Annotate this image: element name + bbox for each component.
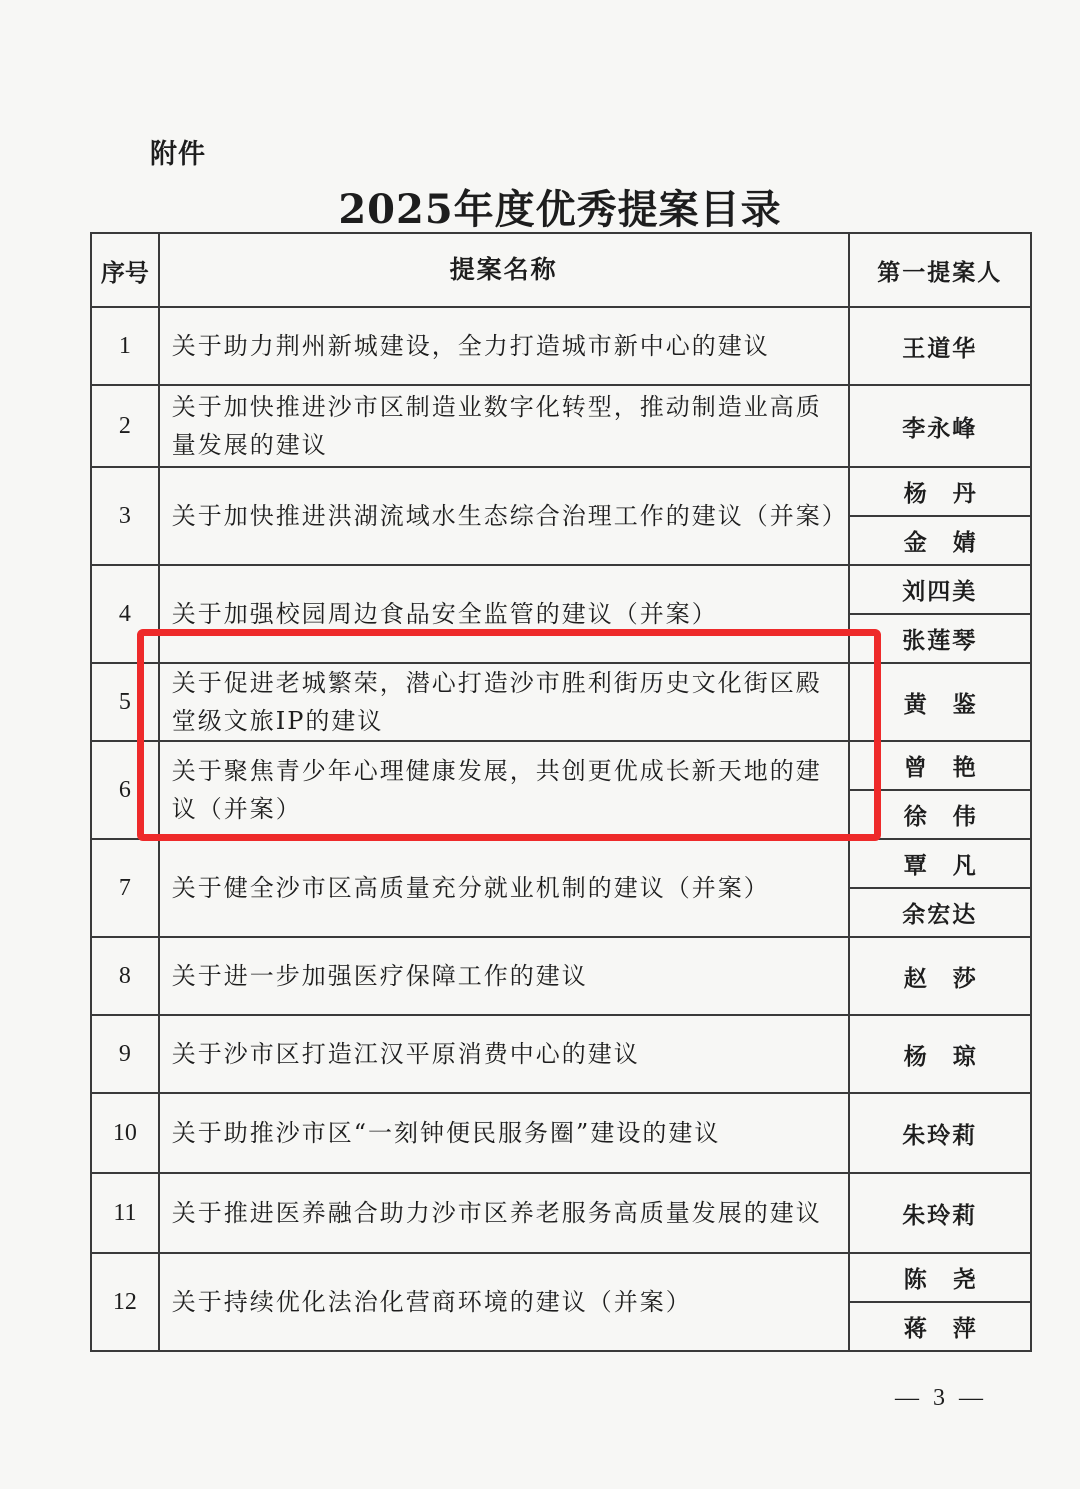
- column-header-number: 序号: [91, 233, 159, 307]
- proposal-title: 关于聚焦青少年心理健康发展，共创更优成长新天地的建议（并案）: [159, 741, 849, 839]
- row-number: 2: [91, 385, 159, 467]
- column-header-title: 提案名称: [159, 233, 849, 307]
- row-number: 3: [91, 467, 159, 565]
- proposer-name: 朱玲莉: [849, 1173, 1031, 1253]
- proposal-title: 关于沙市区打造江汉平原消费中心的建议: [159, 1015, 849, 1093]
- proposer-name: 张莲琴: [849, 614, 1031, 663]
- proposal-title: 关于加快推进洪湖流域水生态综合治理工作的建议（并案）: [159, 467, 849, 565]
- row-number: 7: [91, 839, 159, 937]
- table-row: 2 关于加快推进沙市区制造业数字化转型，推动制造业高质量发展的建议 李永峰: [91, 385, 1031, 467]
- table-row: 8 关于进一步加强医疗保障工作的建议 赵莎: [91, 937, 1031, 1015]
- proposal-title: 关于进一步加强医疗保障工作的建议: [159, 937, 849, 1015]
- proposer-name: 王道华: [849, 307, 1031, 385]
- row-number: 8: [91, 937, 159, 1015]
- row-number: 5: [91, 663, 159, 741]
- row-number: 1: [91, 307, 159, 385]
- proposer-name: 黄鉴: [849, 663, 1031, 741]
- row-number: 11: [91, 1173, 159, 1253]
- table-row: 5 关于促进老城繁荣，潜心打造沙市胜利街历史文化街区殿堂级文旅IP的建议 黄鉴: [91, 663, 1031, 741]
- row-number: 4: [91, 565, 159, 663]
- proposer-name: 曾艳: [849, 741, 1031, 790]
- page-number: — 3 —: [895, 1385, 987, 1412]
- proposer-name: 刘四美: [849, 565, 1031, 614]
- proposer-name: 徐伟: [849, 790, 1031, 839]
- proposal-title: 关于推进医养融合助力沙市区养老服务高质量发展的建议: [159, 1173, 849, 1253]
- table-header-row: 序号 提案名称 第一提案人: [91, 233, 1031, 307]
- row-number: 9: [91, 1015, 159, 1093]
- proposer-name: 赵莎: [849, 937, 1031, 1015]
- attachment-label: 附件: [150, 132, 206, 171]
- table-row: 3 关于加快推进洪湖流域水生态综合治理工作的建议（并案） 杨丹: [91, 467, 1031, 516]
- proposal-title: 关于促进老城繁荣，潜心打造沙市胜利街历史文化街区殿堂级文旅IP的建议: [159, 663, 849, 741]
- proposal-title: 关于助推沙市区“一刻钟便民服务圈”建设的建议: [159, 1093, 849, 1173]
- column-header-proposer: 第一提案人: [849, 233, 1031, 307]
- table-row: 1 关于助力荆州新城建设，全力打造城市新中心的建议 王道华: [91, 307, 1031, 385]
- proposer-name: 李永峰: [849, 385, 1031, 467]
- proposer-name: 覃凡: [849, 839, 1031, 888]
- table-row: 6 关于聚焦青少年心理健康发展，共创更优成长新天地的建议（并案） 曾艳: [91, 741, 1031, 790]
- proposal-title: 关于加强校园周边食品安全监管的建议（并案）: [159, 565, 849, 663]
- proposal-title: 关于健全沙市区高质量充分就业机制的建议（并案）: [159, 839, 849, 937]
- proposal-title: 关于助力荆州新城建设，全力打造城市新中心的建议: [159, 307, 849, 385]
- row-number: 10: [91, 1093, 159, 1173]
- proposer-name: 金婧: [849, 516, 1031, 565]
- proposer-name: 杨琼: [849, 1015, 1031, 1093]
- proposal-title: 关于持续优化法治化营商环境的建议（并案）: [159, 1253, 849, 1351]
- table-row: 12 关于持续优化法治化营商环境的建议（并案） 陈尧: [91, 1253, 1031, 1302]
- row-number: 6: [91, 741, 159, 839]
- proposer-name: 余宏达: [849, 888, 1031, 937]
- proposer-name: 陈尧: [849, 1253, 1031, 1302]
- document-title: 2025年度优秀提案目录: [0, 178, 1080, 235]
- table-row: 9 关于沙市区打造江汉平原消费中心的建议 杨琼: [91, 1015, 1031, 1093]
- table-row: 10 关于助推沙市区“一刻钟便民服务圈”建设的建议 朱玲莉: [91, 1093, 1031, 1173]
- proposer-name: 杨丹: [849, 467, 1031, 516]
- row-number: 12: [91, 1253, 159, 1351]
- proposal-table: 序号 提案名称 第一提案人 1 关于助力荆州新城建设，全力打造城市新中心的建议 …: [90, 232, 1032, 1352]
- proposer-name: 蒋萍: [849, 1302, 1031, 1351]
- table-row: 7 关于健全沙市区高质量充分就业机制的建议（并案） 覃凡: [91, 839, 1031, 888]
- table-row: 4 关于加强校园周边食品安全监管的建议（并案） 刘四美: [91, 565, 1031, 614]
- proposer-name: 朱玲莉: [849, 1093, 1031, 1173]
- proposal-title: 关于加快推进沙市区制造业数字化转型，推动制造业高质量发展的建议: [159, 385, 849, 467]
- table-row: 11 关于推进医养融合助力沙市区养老服务高质量发展的建议 朱玲莉: [91, 1173, 1031, 1253]
